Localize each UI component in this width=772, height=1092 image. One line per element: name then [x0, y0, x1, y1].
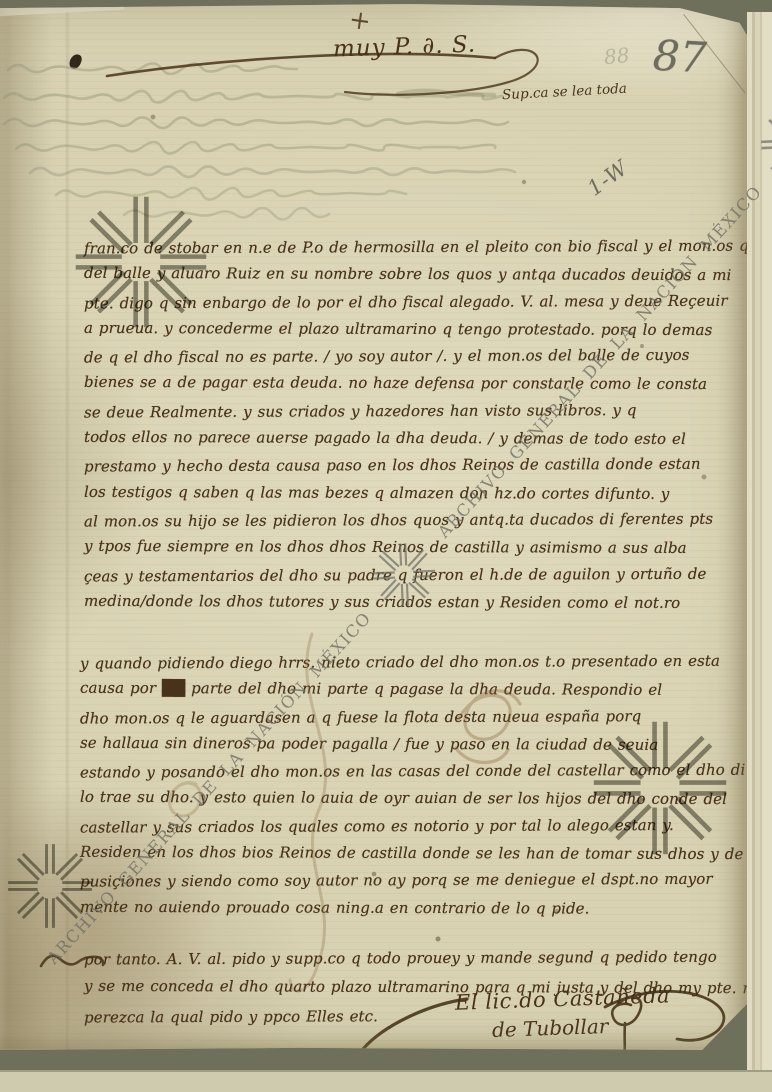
manuscript-line: fran.co de stobar en n.e de P.o de hermo… — [84, 233, 749, 263]
body-paragraph-1: fran.co de stobar en n.e de P.o de hermo… — [84, 234, 749, 616]
torn-edge-top-left — [0, 0, 124, 16]
underlying-page-edges — [747, 12, 772, 1070]
salutation-heading: muy P. ∂. S. — [333, 32, 477, 63]
paper-specks — [0, 4, 2, 6]
manuscript-line: a prueua. y concederme el plazo ultramar… — [84, 315, 749, 345]
manuscript-line: del balle y aluaro Ruiz en su nombre sob… — [84, 260, 749, 290]
manuscript-line: se deue Realmente. y sus criados y hazed… — [84, 396, 749, 426]
body-paragraph-2: y quando pidiendo diego hrrs. nieto cria… — [80, 649, 772, 922]
manuscript-line: lo trae su dho. y esto quien lo auia de … — [80, 784, 772, 814]
manuscript-page: + muy P. ∂. S. Sup.ca se lea toda 87 88 … — [0, 4, 747, 1050]
manuscript-line: de q el dho fiscal no es parte. / yo soy… — [84, 342, 749, 372]
manuscript-line: medina/donde los dhos tutores y sus cria… — [84, 588, 749, 618]
underlying-page-bottom-edge — [0, 1070, 772, 1092]
manuscript-line: castellar y sus criados los quales como … — [80, 811, 772, 841]
manuscript-line: prestamo y hecho desta causa paso en los… — [84, 451, 749, 481]
signature-surname: de Tubollar — [492, 1014, 609, 1042]
catalog-note: 1-W — [583, 155, 633, 200]
manuscript-line: mente no auiendo prouado cosa ning.a en … — [80, 893, 772, 923]
manuscript-line: y tpos fue siempre en los dhos dhos Rein… — [84, 533, 749, 563]
manuscript-line: por tanto. A. V. al. pido y supp.co q to… — [84, 943, 761, 975]
heading-flourish — [95, 24, 565, 104]
manuscript-line: y quando pidiendo diego hrrs. nieto cria… — [80, 647, 772, 677]
manuscript-line: dho mon.os q le aguardasen a q fuese la … — [80, 702, 772, 732]
verso-bleedthrough — [0, 54, 560, 229]
manuscript-line: pusiçiones y siendo como soy autor no ay… — [80, 866, 772, 896]
manuscript-line: estando y posando el dho mon.os en las c… — [80, 757, 772, 787]
manuscript-line: pte. digo q sin enbargo de lo por el dho… — [84, 287, 749, 317]
manuscript-line: todos ellos no parece auerse pagado la d… — [84, 424, 749, 454]
manuscript-scan: + muy P. ∂. S. Sup.ca se lea toda 87 88 … — [0, 0, 772, 1092]
manuscript-line: bienes se a de pagar esta deuda. no haze… — [84, 369, 749, 399]
manuscript-line: al mon.os su hijo se les pidieron los dh… — [84, 506, 749, 536]
folio-ghost-number: 88 — [603, 43, 631, 70]
manuscript-line: Residen en los dhos bios Reinos de casti… — [80, 839, 772, 869]
manuscript-line: se hallaua sin dineros pa poder pagalla … — [80, 730, 772, 760]
manuscript-line: çeas y testamentarios del dho su padre q… — [84, 560, 749, 590]
invocation-cross: + — [347, 5, 373, 38]
ink-blot — [68, 53, 83, 71]
margin-note: Sup.ca se lea toda — [502, 81, 628, 104]
folio-number: 87 — [652, 31, 708, 83]
manuscript-line: los testigos q saben q las mas bezes q a… — [84, 479, 749, 509]
manuscript-line: causa por ██ parte del dho mi parte q pa… — [80, 675, 772, 705]
